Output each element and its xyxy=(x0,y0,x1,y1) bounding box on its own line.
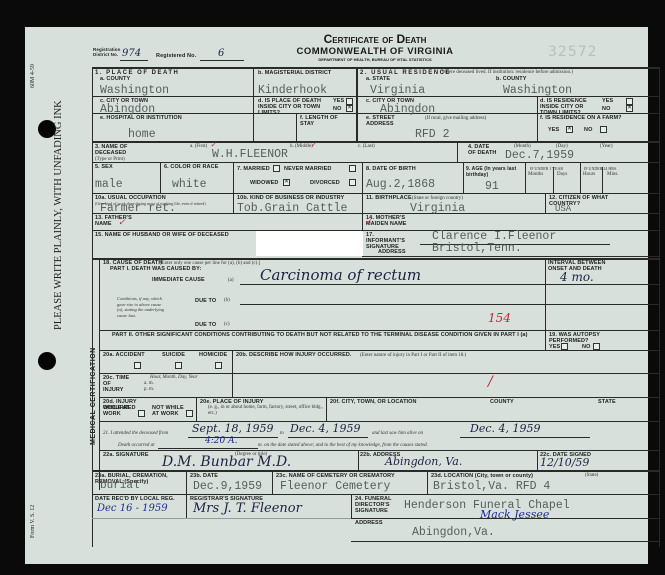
certificate-title: Certificate of Death xyxy=(250,32,500,46)
business-value: Tob.Grain Cattle xyxy=(237,202,347,215)
form-code: 60M 4-59 xyxy=(30,64,36,88)
yes-label: YES xyxy=(333,98,344,104)
death-district-value: Kinderhook xyxy=(258,84,327,97)
autopsy-no-checkbox[interactable] xyxy=(593,343,600,350)
autopsy-yes-checkbox[interactable] xyxy=(561,343,568,350)
accident-checkbox[interactable] xyxy=(134,362,141,369)
place-of-injury-note: (e. g., in or about home, farm, factory,… xyxy=(208,405,323,416)
injury-county-label: COUNTY xyxy=(490,399,514,405)
business-label: 10b. KIND OF BUSINESS OR INDUSTRY xyxy=(237,195,344,201)
residence-inside-city-no-checkbox[interactable]: ✕ xyxy=(626,105,633,112)
interval-value: 4 mo. xyxy=(560,270,594,284)
funeral-address-label: ADDRESS xyxy=(355,520,383,526)
widowed-label: WIDOWED xyxy=(250,180,279,186)
race-label: 6. COLOR OR RACE xyxy=(164,164,218,170)
cemetery-value: Fleenor Cemetery xyxy=(280,480,390,493)
red-check-mark: ✓ xyxy=(310,140,317,149)
immediate-cause-value: Carcinoma of rectum xyxy=(260,266,421,284)
county-label: a. COUNTY xyxy=(100,76,130,82)
no-label: NO xyxy=(602,106,610,112)
time-of-death-value: 4:20 A. xyxy=(205,436,237,446)
death-county-value: Washington xyxy=(100,84,169,97)
form-name: Form V. S. 12 xyxy=(30,505,36,538)
farm-yes-checkbox[interactable]: ✕ xyxy=(566,126,573,133)
to-word: to xyxy=(280,431,284,437)
date-received-label: DATE REC'D BY LOCAL REG. xyxy=(95,496,175,502)
first-label: a. (First) xyxy=(190,144,207,150)
dob-label: 8. DATE OF BIRTH xyxy=(366,166,416,172)
under-year-label: IF UNDER 1 YEAR xyxy=(530,166,563,172)
residence-note: (Where deceased lived. If institution: r… xyxy=(440,70,573,76)
while-at-work-checkbox[interactable] xyxy=(138,410,145,417)
age-label: 9. AGE (In years last birthday) xyxy=(466,166,522,178)
knowledge-text: m. on the date stated above; and to the … xyxy=(258,443,428,449)
spouse-label: 15. NAME OF HUSBAND OR WIFE OF DECEASED xyxy=(95,232,229,238)
location-value: Bristol,Va. RFD 4 xyxy=(433,480,550,493)
name-note: (Type or Print) xyxy=(95,157,125,163)
informant-address-label: ADDRESS xyxy=(378,249,406,255)
yes-label: YES xyxy=(602,98,613,104)
married-checkbox[interactable] xyxy=(273,165,280,172)
red-check-mark: ✓ xyxy=(364,218,372,228)
registered-no-label: Registered No. xyxy=(156,53,196,59)
birthplace-note: (State or foreign country) xyxy=(412,196,463,202)
location-state-label: (State) xyxy=(585,473,598,479)
mins-label: Mins. xyxy=(607,172,619,178)
b-marker: (b) xyxy=(224,298,230,304)
cemetery-label: 23c. NAME OF CEMETERY OR CREMATORY xyxy=(276,473,395,479)
certificate-number: 32572 xyxy=(548,44,598,60)
age-value: 91 xyxy=(485,180,499,193)
hospital-value: home xyxy=(128,128,156,141)
residence-county-value: Washington xyxy=(503,84,572,97)
date-received-value: Dec 16 - 1959 xyxy=(97,503,168,514)
suicide-label: SUICIDE xyxy=(162,352,185,358)
registration-district-label: Registration District No. xyxy=(93,47,123,57)
punch-hole xyxy=(38,352,56,370)
instruction-text: PLEASE WRITE PLAINLY, WITH UNFADING INK xyxy=(53,100,64,330)
district-label: b. MAGISTERIAL DISTRICT xyxy=(258,70,331,76)
while-at-work-label: WHILE AT WORK xyxy=(103,405,133,417)
registrar-signature-value: Mrs J. T. Fleenor xyxy=(193,501,302,516)
mother-label: 14. MOTHER'S MAIDEN NAME xyxy=(366,215,426,227)
am-label: a. m. xyxy=(144,381,154,387)
residence-inside-city-label: d. IS RESIDENCE INSIDE CITY OR TOWN LIMI… xyxy=(540,98,595,116)
year-label: (Year) xyxy=(600,144,613,150)
red-mark: / xyxy=(488,374,493,390)
street-value: RFD 2 xyxy=(415,128,450,141)
birthplace-value: Virginia xyxy=(410,202,465,215)
death-occurred-text: Death occurred at xyxy=(118,443,154,449)
commonwealth-title: COMMONWEALTH OF VIRGINIA xyxy=(250,46,500,57)
never-married-label: NEVER MARRIED xyxy=(284,166,331,172)
informant-address-value: Bristol,Tenn. xyxy=(432,242,522,255)
part2-label: PART II. OTHER SIGNIFICANT CONDITIONS CO… xyxy=(112,332,552,338)
physician-signature-value: D.M. Bunbar M.D. xyxy=(162,454,291,470)
attended-to-value: Dec. 4, 1959 xyxy=(290,422,360,435)
state-label: a. STATE xyxy=(366,76,390,82)
not-while-at-work-checkbox[interactable] xyxy=(186,410,193,417)
pm-label: p. m. xyxy=(144,387,154,393)
father-label: 13. FATHER'S NAME xyxy=(95,215,135,227)
not-while-at-work-label: NOT WHILE AT WORK xyxy=(152,405,188,417)
inside-city-label: d. IS PLACE OF DEATH INSIDE CITY OR TOWN… xyxy=(258,98,328,116)
days-label: Days xyxy=(557,172,567,178)
date-of-death-label: 4. DATE OF DEATH xyxy=(468,144,498,156)
dob-value: Aug.2,1868 xyxy=(366,178,435,191)
farm-label: f. IS RESIDENCE ON A FARM? xyxy=(540,115,622,121)
c-marker: (c) xyxy=(224,322,230,328)
attended-text: 21. I attended the deceased from xyxy=(103,431,168,437)
immediate-cause-label: IMMEDIATE CAUSE xyxy=(152,277,205,283)
location-label: 23d. LOCATION (City, town or county) xyxy=(431,473,533,479)
time-of-injury-note: Hour, Month, Day, Year xyxy=(150,375,198,381)
race-value: white xyxy=(172,178,207,191)
part1-label: PART I. DEATH WAS CAUSED BY: xyxy=(110,266,201,272)
street-label: e. STREET ADDRESS xyxy=(366,115,396,127)
last-seen-value: Dec. 4, 1959 xyxy=(470,422,540,435)
time-of-injury-label: 20c. TIME OF INJURY xyxy=(103,375,133,393)
under-day-label: IF UNDER 24 HRS. xyxy=(584,166,617,172)
attended-from-value: Sept. 18, 1959 xyxy=(192,422,274,435)
no-label: NO xyxy=(333,106,341,112)
no-label: NO xyxy=(584,127,592,133)
name-label: 3. NAME OF DECEASED xyxy=(95,144,135,156)
yes-label: YES xyxy=(548,127,559,133)
last-label: c. (Last) xyxy=(358,144,375,150)
funeral-director-signature: Mack Jessee xyxy=(480,508,549,521)
department-title: DEPARTMENT OF HEALTH, BUREAU OF VITAL ST… xyxy=(250,57,500,62)
death-inside-city-yes-checkbox[interactable] xyxy=(346,98,353,105)
length-of-stay-label: f. LENGTH OF STAY xyxy=(300,115,340,127)
death-inside-city-no-checkbox[interactable]: ✕ xyxy=(346,105,353,112)
conditions-note: Conditions, if any, which gave rise to a… xyxy=(117,296,165,318)
red-check-mark: ✓ xyxy=(118,218,126,228)
accident-label: 20a. ACCIDENT xyxy=(103,352,145,358)
hospital-label: e. HOSPITAL OR INSTITUTION xyxy=(100,115,182,121)
months-label: Months xyxy=(528,172,543,178)
funeral-director-label: 24. FUNERAL DIRECTOR'S SIGNATURE xyxy=(355,496,395,514)
hours-label: Hours xyxy=(583,172,595,178)
autopsy-label: 19. WAS AUTOPSY PERFORMED? xyxy=(549,332,619,344)
injury-city-label: 20f. CITY, TOWN, OR LOCATION xyxy=(330,399,417,405)
informant-signature-label: 17. INFORMANT'S SIGNATURE xyxy=(366,232,406,250)
date-signed-value: 12/10/59 xyxy=(540,456,589,469)
county-label: b. COUNTY xyxy=(496,76,527,82)
registered-no-value: 6 xyxy=(218,48,224,59)
registration-district-value: 974 xyxy=(122,48,141,59)
burial-type-value: burial xyxy=(100,480,140,492)
burial-date-value: Dec.9,1959 xyxy=(193,480,262,493)
homicide-label: HOMICIDE xyxy=(199,352,227,358)
date-of-death-value: Dec.7,1959 xyxy=(505,149,574,162)
sex-value: male xyxy=(95,178,123,191)
funeral-address-value: Abingdon,Va. xyxy=(412,526,495,539)
injury-state-label: STATE xyxy=(598,399,616,405)
homicide-checkbox[interactable] xyxy=(215,362,222,369)
physician-signature-label: 22a. SIGNATURE xyxy=(103,452,149,458)
occupation-value: Farmer ret. xyxy=(100,202,176,215)
describe-injury-label: 20b. DESCRIBE HOW INJURY OCCURRED. xyxy=(236,352,352,358)
suicide-checkbox[interactable] xyxy=(175,362,182,369)
married-label: 7. MARRIED xyxy=(237,166,270,172)
divorced-checkbox[interactable] xyxy=(349,179,356,186)
last-seen-text: and last saw him alive on xyxy=(372,431,423,437)
residence-state-value: Virginia xyxy=(370,84,425,97)
redacted-spouse-name xyxy=(256,231,363,256)
due-to-c-label: DUE TO xyxy=(195,322,216,328)
due-to-b-label: DUE TO xyxy=(195,298,216,304)
residence-inside-city-yes-checkbox[interactable] xyxy=(626,98,633,105)
describe-injury-note: (Enter nature of injury in Part I or Par… xyxy=(360,353,466,359)
birthplace-label: 11. BIRTHPLACE xyxy=(366,195,412,201)
sex-label: 5. SEX xyxy=(95,164,113,170)
widowed-checkbox[interactable]: ✕ xyxy=(283,179,290,186)
cause-code: 154 xyxy=(488,311,511,325)
physician-address-value: Abingdon, Va. xyxy=(385,455,462,468)
burial-date-label: 23b. DATE xyxy=(190,473,218,479)
never-married-checkbox[interactable] xyxy=(349,165,356,172)
farm-no-checkbox[interactable] xyxy=(600,126,607,133)
street-note: (If rural, give mailing address) xyxy=(425,116,486,122)
deceased-name-value: W.H.FLEENOR xyxy=(212,148,288,161)
a-marker: (a) xyxy=(228,278,234,284)
divorced-label: DIVORCED xyxy=(310,180,340,186)
citizen-value: USA xyxy=(555,204,571,214)
